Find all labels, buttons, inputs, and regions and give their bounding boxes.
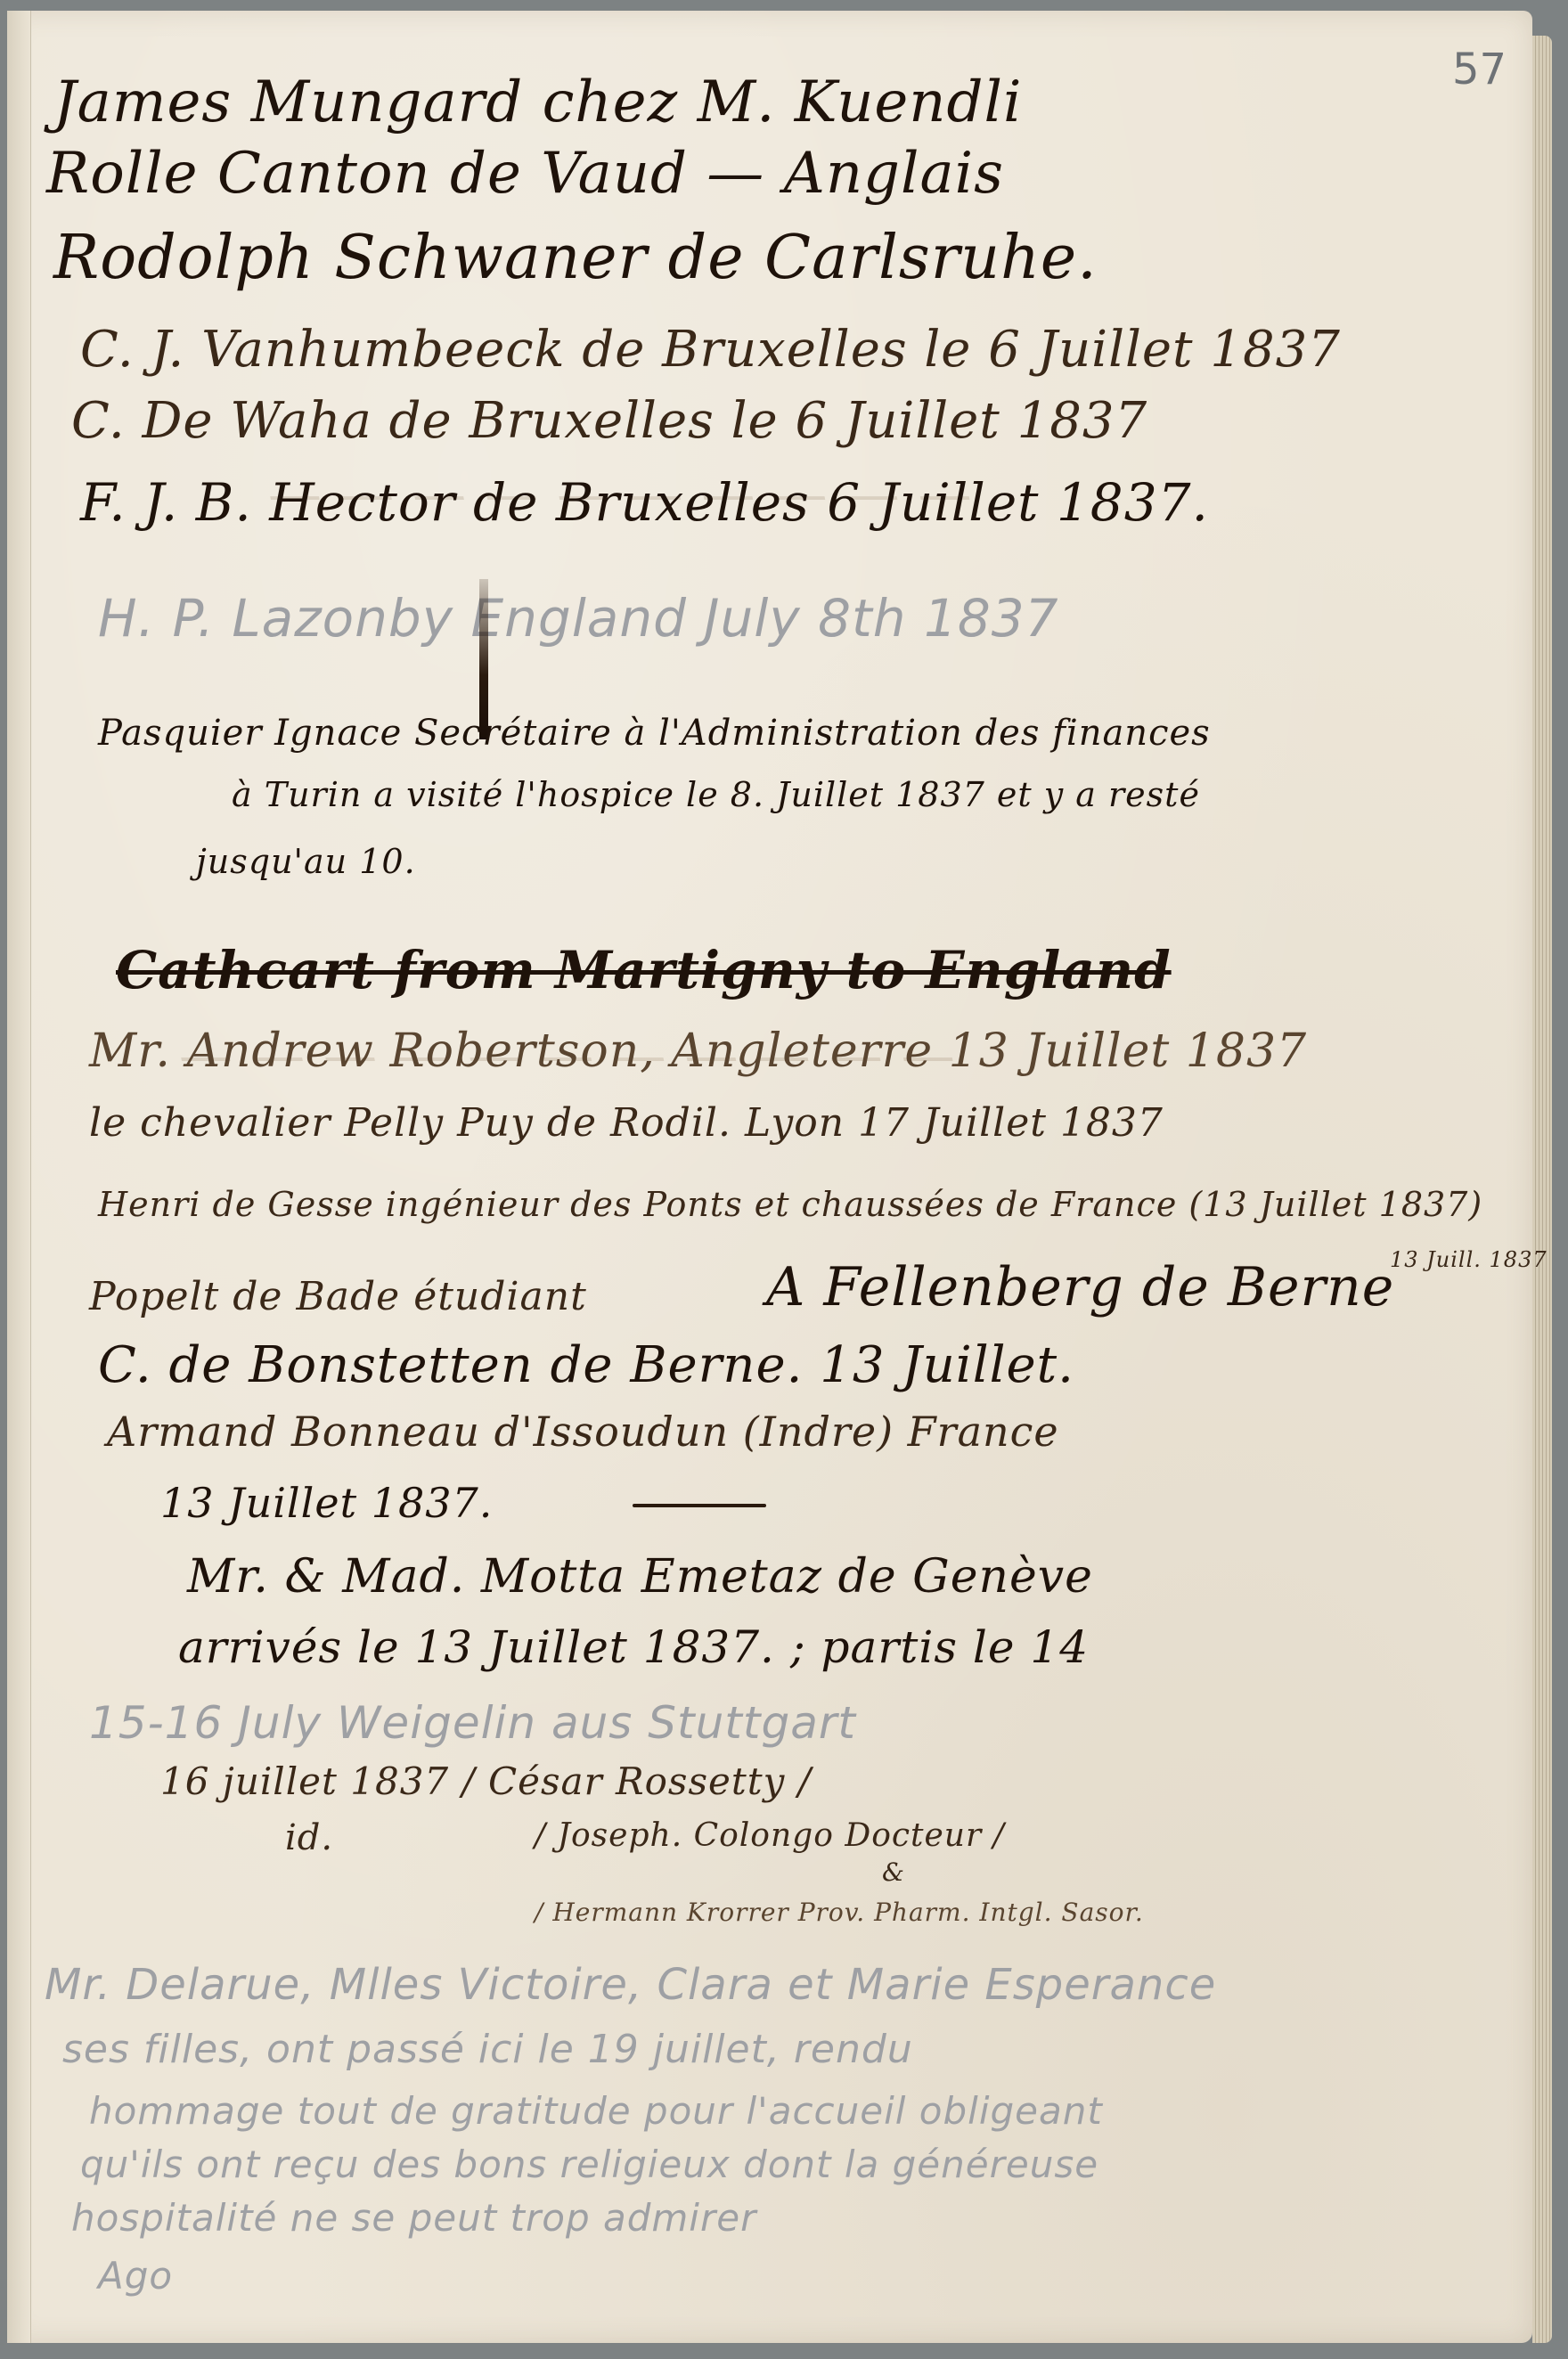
entry-line: Mr. & Mad. Motta Emetaz de Genève — [187, 1550, 1093, 1604]
page-number: 57 — [1452, 45, 1507, 94]
entry-line: C. de Bonstetten de Berne. 13 Juillet. — [98, 1336, 1074, 1394]
entry-line: 16 juillet 1837 / César Rossetty / — [160, 1759, 812, 1803]
entry-line: à Turin a visité l'hospice le 8. Juillet… — [232, 775, 1200, 814]
struck-word: Cathcart from Martigny to England — [116, 940, 1172, 1000]
entry-heading: Cathcart from Martigny to England — [116, 940, 1172, 1000]
entry-ampersand: & — [882, 1857, 905, 1887]
entry-line: 13 Juillet 1837. — [160, 1479, 493, 1527]
entry-line: C. J. Vanhumbeeck de Bruxelles le 6 Juil… — [80, 321, 1341, 379]
entry-line: Rodolph Schwaner de Carlsruhe. — [53, 223, 1098, 293]
pencil-entry-line: 15-16 July Weigelin aus Stuttgart — [89, 1697, 856, 1749]
pencil-entry-line: Mr. Delarue, Mlles Victoire, Clara et Ma… — [45, 1960, 1216, 2010]
manuscript-scan: 57 — — — — — — — — — — — — — — — — — — —… — [0, 0, 1568, 2359]
pencil-entry-line: hommage tout de gratitude pour l'accueil… — [89, 2089, 1103, 2133]
entry-line: id. — [285, 1817, 333, 1858]
entry-line: Pasquier Ignace Secrétaire à l'Administr… — [98, 713, 1211, 754]
entry-line: jusqu'au 10. — [196, 842, 416, 881]
entry-line: Armand Bonneau d'Issoudun (Indre) France — [107, 1408, 1059, 1456]
entry-line: le chevalier Pelly Puy de Rodil. Lyon 17… — [89, 1100, 1164, 1146]
entry-line: Rolle Canton de Vaud — Anglais — [46, 141, 1004, 207]
pencil-entry-line: H. P. Lazonby England July 8th 1837 — [98, 588, 1059, 649]
binding-gutter — [7, 11, 31, 2343]
entry-line: A Fellenberg de Berne — [766, 1256, 1394, 1318]
pencil-entry-line: qu'ils ont reçu des bons religieux dont … — [80, 2143, 1098, 2186]
entry-line: Henri de Gesse ingénieur des Ponts et ch… — [98, 1185, 1482, 1224]
separator-dash — [633, 1504, 766, 1507]
entry-date-note: 13 Juill. 1837 — [1390, 1247, 1548, 1272]
pencil-entry-line: Ago — [98, 2254, 173, 2298]
pencil-entry-line: ses filles, ont passé ici le 19 juillet,… — [62, 2027, 913, 2072]
pencil-entry-line: hospitalité ne se peut trop admirer — [71, 2196, 756, 2240]
entry-line: / Hermann Krorrer Prov. Pharm. Intgl. Sa… — [535, 1898, 1144, 1927]
entry-line: arrivés le 13 Juillet 1837. ; partis le … — [178, 1621, 1089, 1673]
entry-line: James Mungard chez M. Kuendli — [53, 69, 1022, 135]
page-edge-stack — [1532, 36, 1552, 2343]
entry-line: C. De Waha de Bruxelles le 6 Juillet 183… — [71, 392, 1147, 450]
entry-line: Popelt de Bade étudiant — [89, 1274, 587, 1319]
entry-line: / Joseph. Colongo Docteur / — [535, 1817, 1005, 1854]
entry-line: Mr. Andrew Robertson, Angleterre 13 Juil… — [89, 1024, 1307, 1078]
entry-line: F. J. B. Hector de Bruxelles 6 Juillet 1… — [80, 472, 1209, 533]
